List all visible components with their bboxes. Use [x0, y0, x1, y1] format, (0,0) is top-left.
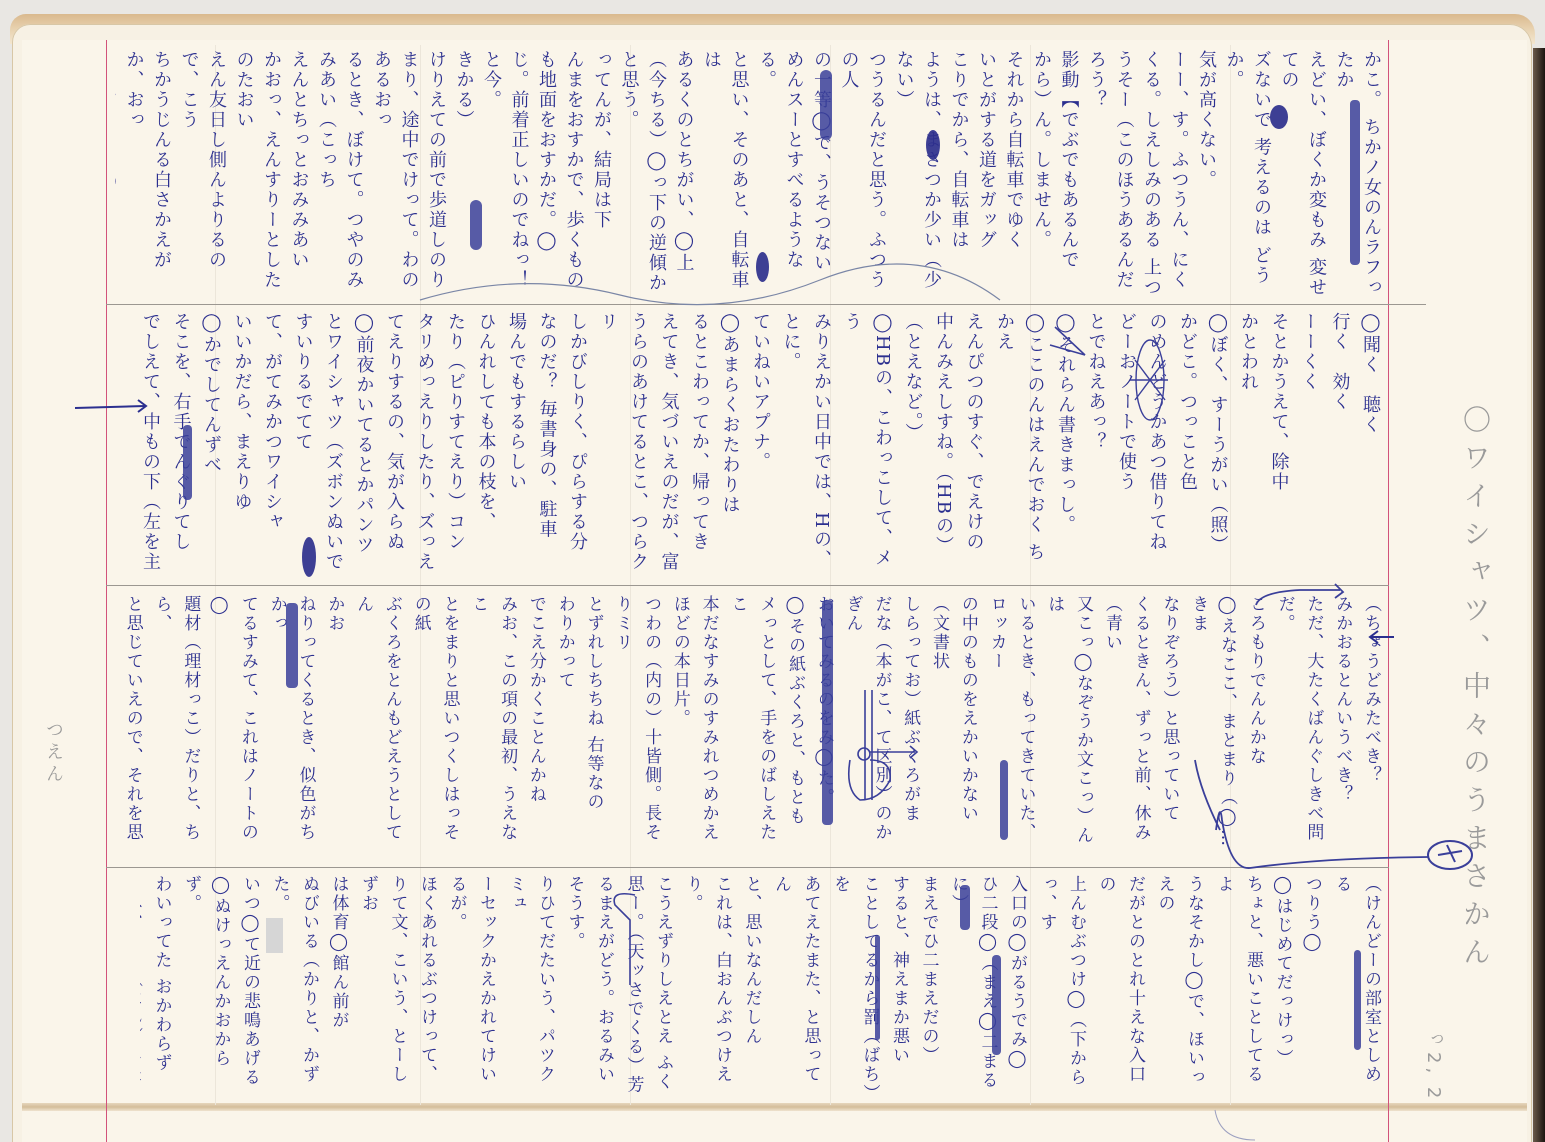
- pencil-margin-note-small: っ2, 2: [1420, 1030, 1446, 1102]
- wavy-line: [420, 264, 1000, 305]
- hanger-diagram: [849, 690, 917, 800]
- pencil-tip-sketch: [1050, 327, 1085, 355]
- wheel-sketch: [1130, 340, 1168, 420]
- ink-drawings: [0, 0, 1545, 1142]
- pencil-margin-note-left: つえん: [40, 720, 66, 786]
- pencil-margin-note-right: 〇ワイシャツ、中々のうまさかん: [1455, 405, 1495, 975]
